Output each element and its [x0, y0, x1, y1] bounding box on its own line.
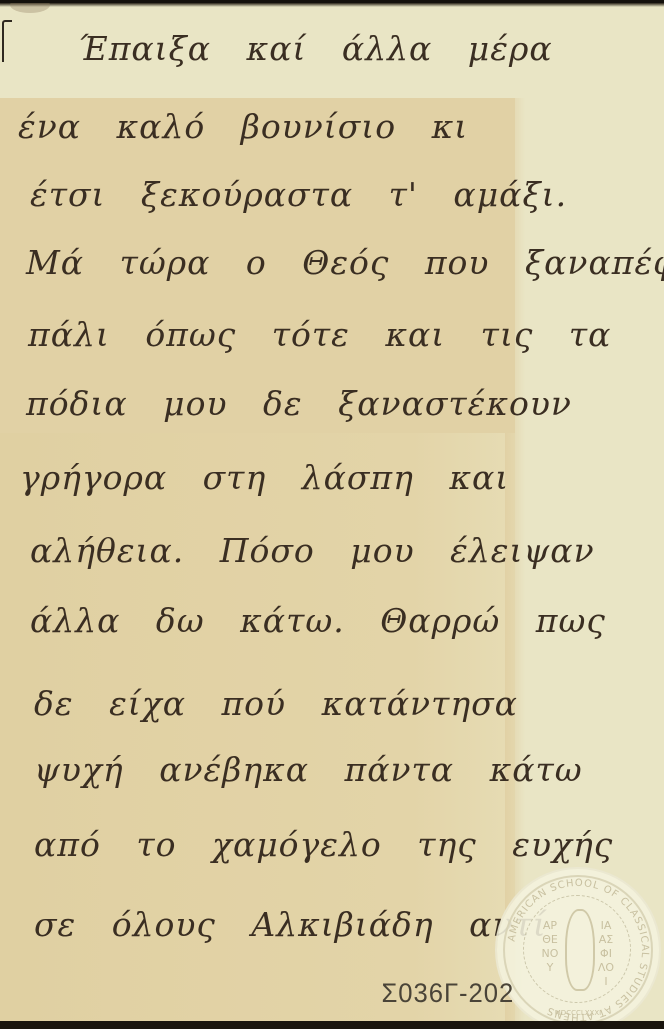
- handwritten-line-10: δε είχα πού κατάντησα: [34, 684, 518, 723]
- library-stamp: AMERICAN SCHOOL OF CLASSICAL STUDIES AT …: [497, 869, 659, 1024]
- handwritten-line-4: Μά τώρα ο Θεός που ξαναπέφτω: [26, 243, 664, 282]
- handwritten-line-6: πόδια μου δε ξαναστέκουν: [26, 384, 572, 423]
- handwritten-line-3: έτσι ξεκούραστα τ' αμάξι.: [30, 175, 567, 214]
- handwritten-line-11: ψυχή ανέβηκα πάντα κάτω: [34, 750, 583, 789]
- handwritten-line-8: αλήθεια. Πόσο μου έλειψαν: [30, 531, 595, 570]
- corner-stain: [10, 3, 50, 13]
- handwritten-line-7: γρήγορα στη λάσπη και: [20, 458, 509, 497]
- handwritten-line-9: άλλα δω κάτω. Θαρρώ πως: [30, 601, 606, 640]
- handwritten-line-5: πάλι όπως τότε και τις τα: [28, 315, 611, 354]
- left-margin-mark: [2, 20, 12, 62]
- letter-page: Έπαιξα καί άλλα μέρα ένα καλό βουνίσιο κ…: [0, 3, 664, 1024]
- handwritten-line-2: ένα καλό βουνίσιο κι: [18, 107, 468, 146]
- stamp-letters-right: ΙΑ ΑΣ ΦΙ ΛΟ Ι: [591, 919, 621, 989]
- handwritten-line-13: σε όλους Αλκιβιάδη αντί: [34, 905, 547, 944]
- svg-text:MDCCCLXXXI: MDCCCLXXXI: [555, 1009, 601, 1017]
- scan-bottom-border: [0, 1021, 664, 1029]
- stamp-letters-left: ΑΡ ΘΕ ΝΟ Υ: [535, 919, 565, 975]
- top-edge-shadow: [0, 3, 664, 7]
- catalog-number: Σ036Γ-202: [381, 978, 514, 1009]
- handwritten-line-12: από το χαμόγελο της ευχής: [34, 825, 613, 864]
- handwritten-line-1: Έπαιξα καί άλλα μέρα: [78, 29, 553, 68]
